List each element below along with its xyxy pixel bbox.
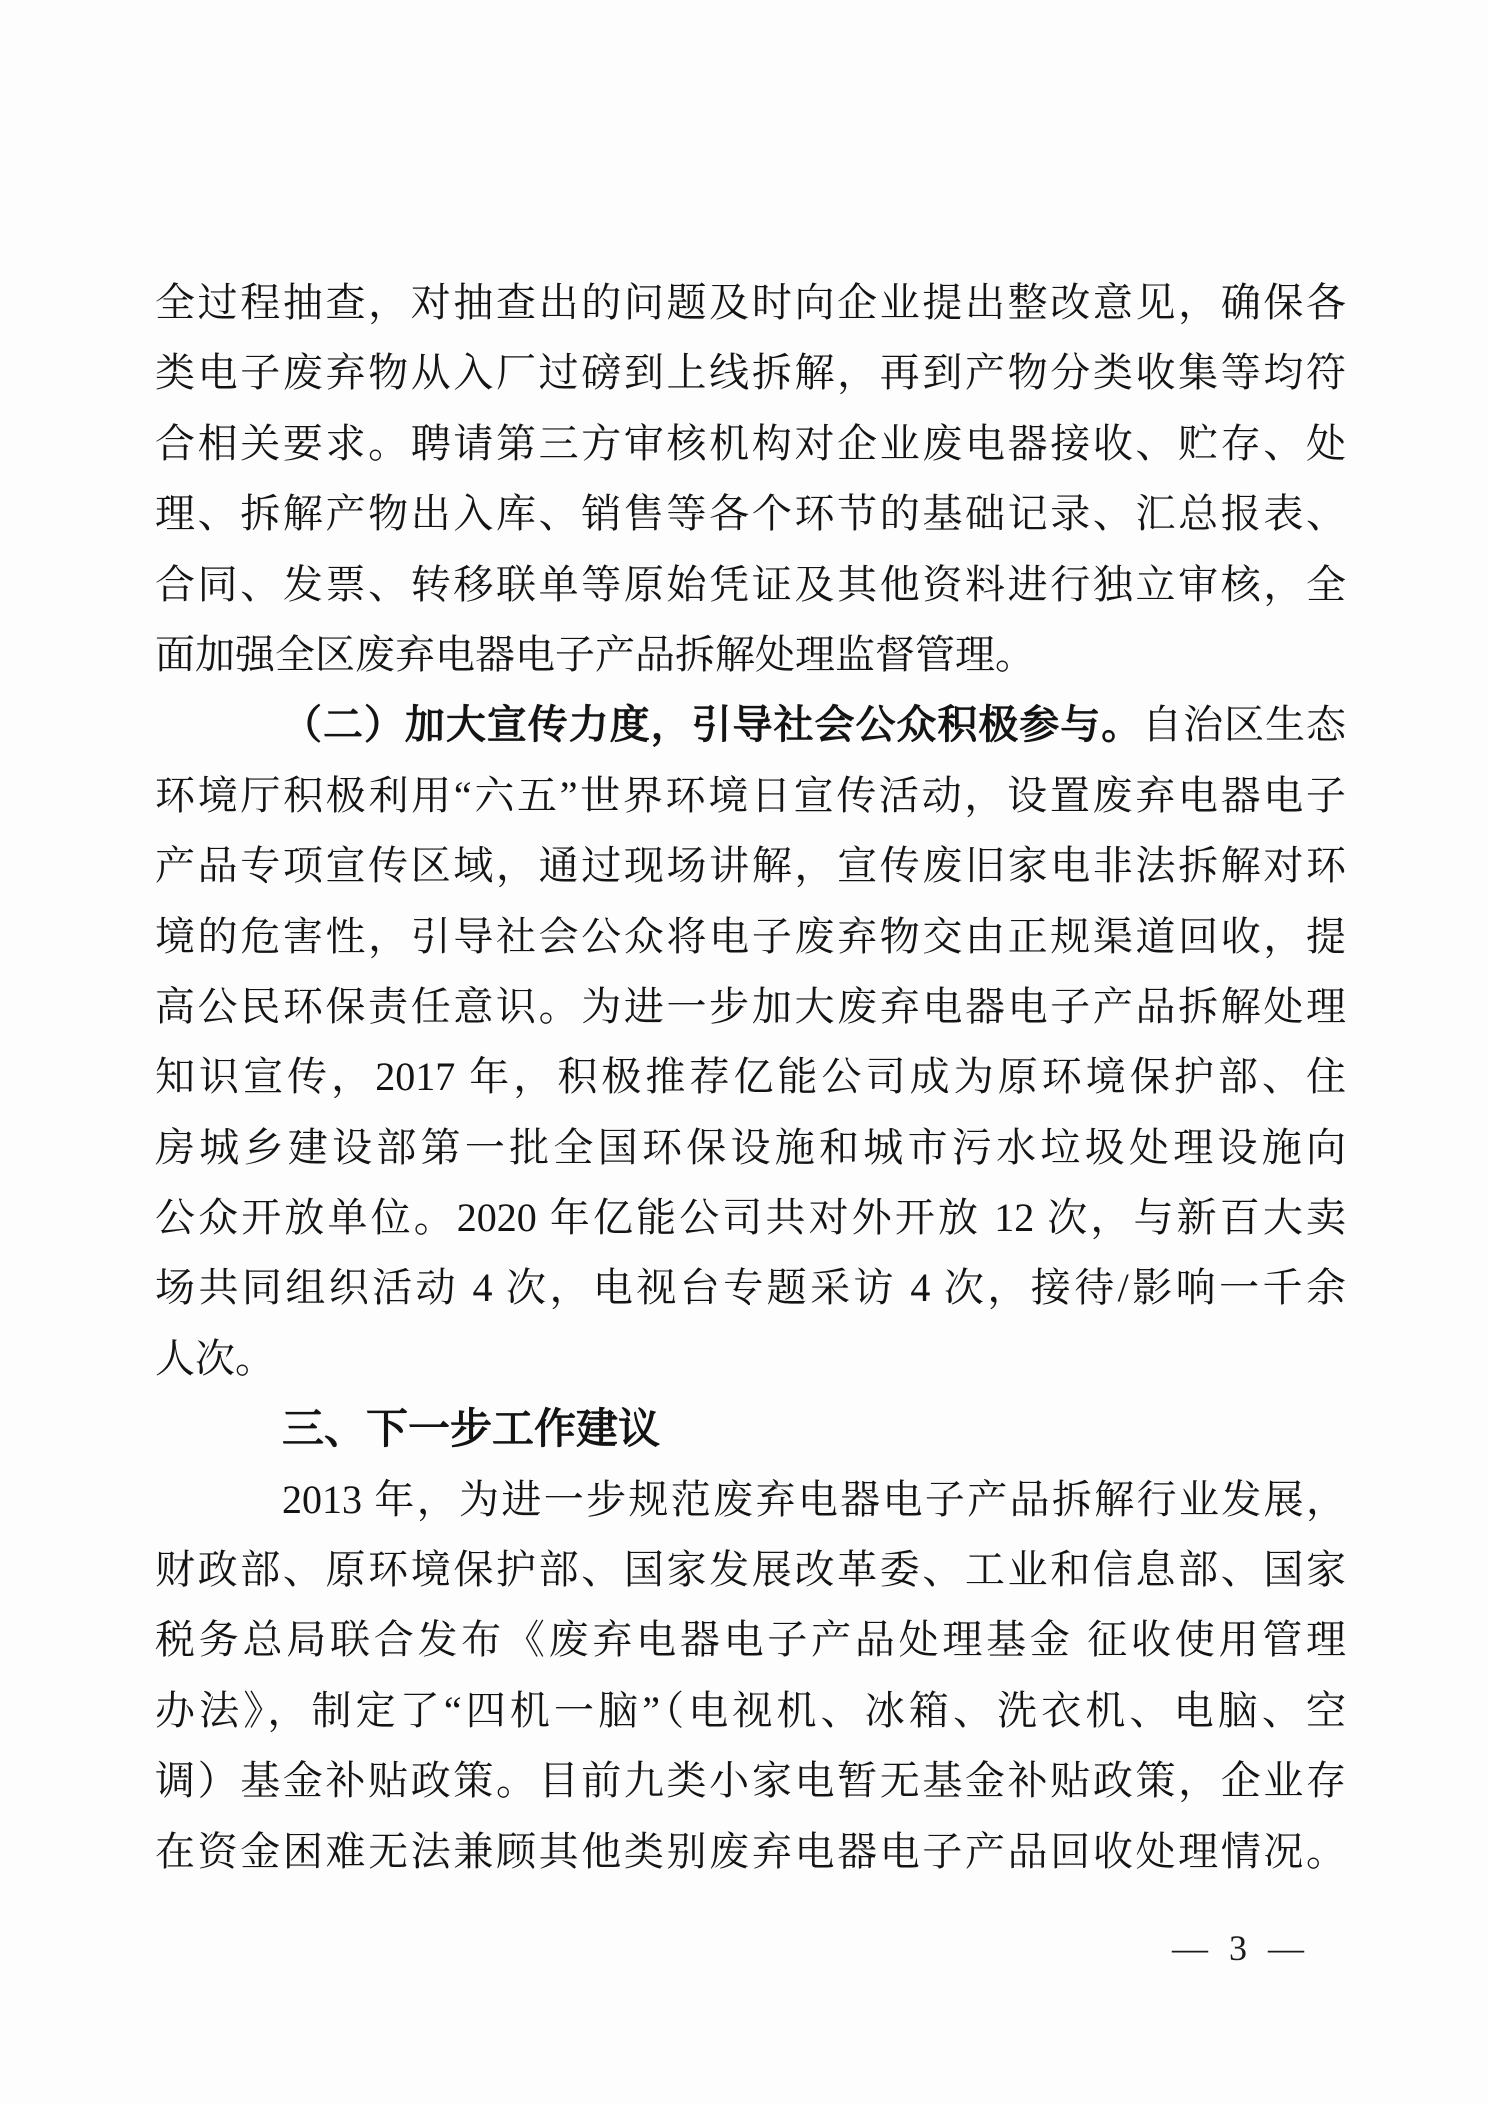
line-text: 场共同组织活动 4 次，电视台专题采访 4 次，接待/影响一千余 [155,1265,1346,1310]
text-line: 在资金困难无法兼顾其他类别废弃电器电子产品回收处理情况。 [155,1817,1346,1887]
text-line: 合相关要求。聘请第三方审核机构对企业废电器接收、贮存、处 [155,409,1346,479]
line-text: 2013 年，为进一步规范废弃电器电子产品拆解行业发展， [282,1477,1346,1522]
line-text: 面加强全区废弃电器电子产品拆解处理监督管理。 [155,632,1035,677]
line-text: 类电子废弃物从入厂过磅到上线拆解，再到产物分类收集等均符 [155,350,1346,395]
line-text: 自治区生态 [1142,702,1346,747]
line-text: 三、下一步工作建议 [282,1405,660,1452]
line-text: 产品专项宣传区域，通过现场讲解，宣传废旧家电非法拆解对环 [155,843,1346,888]
text-line: 税务总局联合发布《废弃电器电子产品处理基金 征收使用管理 [155,1605,1346,1675]
text-line: 场共同组织活动 4 次，电视台专题采访 4 次，接待/影响一千余 [155,1253,1346,1323]
page-number: — 3 — [1172,1926,1305,1970]
line-text: 房城乡建设部第一批全国环保设施和城市污水垃圾处理设施向 [155,1125,1346,1170]
text-line: 境的危害性，引导社会公众将电子废弃物交由正规渠道回收，提 [155,902,1346,972]
text-line: 全过程抽查，对抽查出的问题及时向企业提出整改意见，确保各 [155,268,1346,338]
line-text: 财政部、原环境保护部、国家发展改革委、工业和信息部、国家 [155,1547,1346,1592]
text-line: 产品专项宣传区域，通过现场讲解，宣传废旧家电非法拆解对环 [155,831,1346,901]
line-text: 合相关要求。聘请第三方审核机构对企业废电器接收、贮存、处 [155,421,1346,466]
line-text: 境的危害性，引导社会公众将电子废弃物交由正规渠道回收，提 [155,914,1346,959]
text-line: 环境厅积极利用“六五”世界环境日宣传活动，设置废弃电器电子 [155,761,1346,831]
text-line: 知识宣传，2017 年，积极推荐亿能公司成为原环境保护部、住 [155,1042,1346,1112]
line-text: 在资金困难无法兼顾其他类别废弃电器电子产品回收处理情况。 [155,1829,1346,1874]
line-text: 高公民环保责任意识。为进一步加大废弃电器电子产品拆解处理 [155,984,1346,1029]
paragraph-lead-bold: （二）加大宣传力度，引导社会公众积极参与。 [282,702,1142,747]
text-line: 高公民环保责任意识。为进一步加大废弃电器电子产品拆解处理 [155,972,1346,1042]
document-page: 全过程抽查，对抽查出的问题及时向企业提出整改意见，确保各类电子废弃物从入厂过磅到… [0,0,1488,2104]
line-text: 人次。 [155,1336,275,1381]
text-line: 财政部、原环境保护部、国家发展改革委、工业和信息部、国家 [155,1535,1346,1605]
line-text: 全过程抽查，对抽查出的问题及时向企业提出整改意见，确保各 [155,280,1346,325]
line-text: 公众开放单位。2020 年亿能公司共对外开放 12 次，与新百大卖 [155,1195,1346,1240]
line-text: 环境厅积极利用“六五”世界环境日宣传活动，设置废弃电器电子 [155,773,1346,818]
section-heading: 三、下一步工作建议 [155,1394,1346,1464]
line-text: 税务总局联合发布《废弃电器电子产品处理基金 征收使用管理 [155,1617,1346,1662]
text-line: （二）加大宣传力度，引导社会公众积极参与。自治区生态 [155,690,1346,760]
line-text: 合同、发票、转移联单等原始凭证及其他资料进行独立审核，全 [155,562,1346,607]
line-text: 办法》，制定了“四机一脑”（电视机、冰箱、洗衣机、电脑、空 [155,1688,1346,1733]
text-line: 合同、发票、转移联单等原始凭证及其他资料进行独立审核，全 [155,550,1346,620]
line-text: 调）基金补贴政策。目前九类小家电暂无基金补贴政策，企业存 [155,1758,1346,1803]
text-line: 2013 年，为进一步规范废弃电器电子产品拆解行业发展， [155,1465,1346,1535]
line-text: 理、拆解产物出入库、销售等各个环节的基础记录、汇总报表、 [155,491,1346,536]
text-line: 办法》，制定了“四机一脑”（电视机、冰箱、洗衣机、电脑、空 [155,1676,1346,1746]
text-line: 房城乡建设部第一批全国环保设施和城市污水垃圾处理设施向 [155,1113,1346,1183]
text-block: 全过程抽查，对抽查出的问题及时向企业提出整改意见，确保各类电子废弃物从入厂过磅到… [155,268,1346,1887]
text-line: 调）基金补贴政策。目前九类小家电暂无基金补贴政策，企业存 [155,1746,1346,1816]
text-line: 公众开放单位。2020 年亿能公司共对外开放 12 次，与新百大卖 [155,1183,1346,1253]
text-line: 理、拆解产物出入库、销售等各个环节的基础记录、汇总报表、 [155,479,1346,549]
text-line: 人次。 [155,1324,1346,1394]
text-line: 面加强全区废弃电器电子产品拆解处理监督管理。 [155,620,1346,690]
line-text: 知识宣传，2017 年，积极推荐亿能公司成为原环境保护部、住 [155,1054,1346,1099]
text-line: 类电子废弃物从入厂过磅到上线拆解，再到产物分类收集等均符 [155,338,1346,408]
